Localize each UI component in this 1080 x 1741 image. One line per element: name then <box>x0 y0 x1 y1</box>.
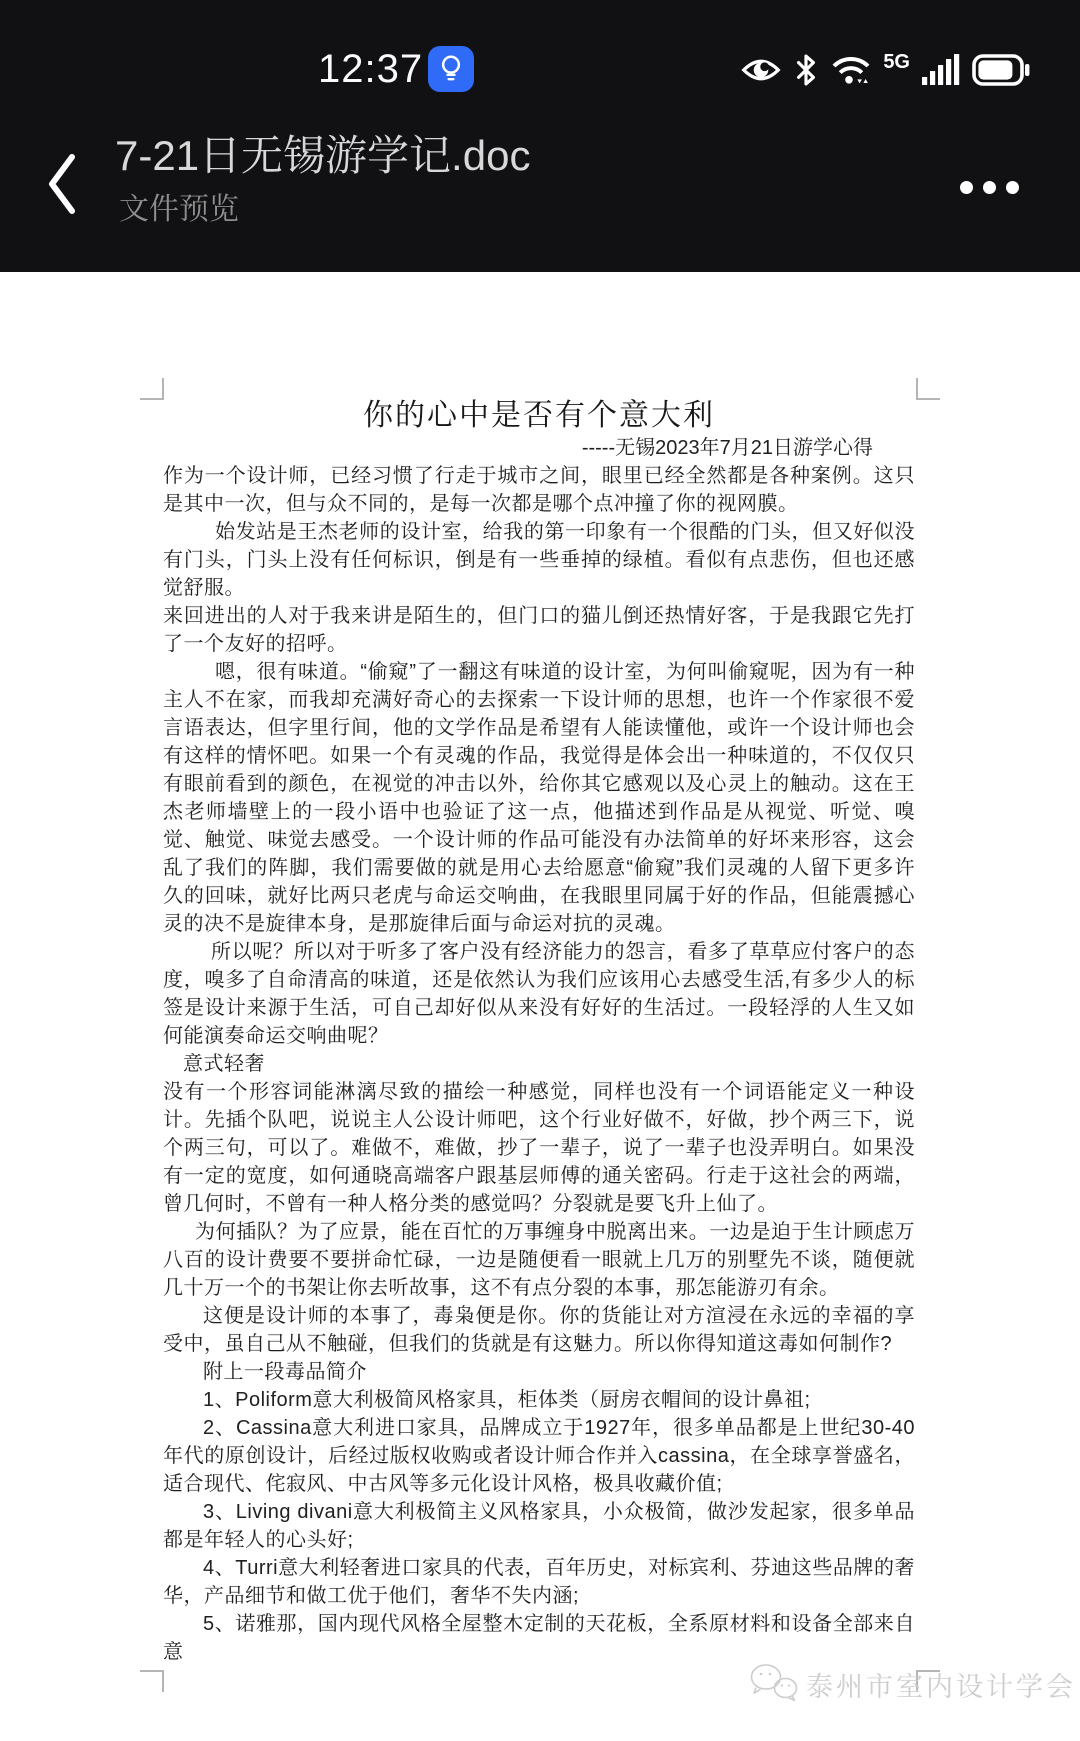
dot-icon <box>1006 181 1019 194</box>
page-corner-mark <box>140 378 164 400</box>
doc-paragraph: 没有一个形容词能淋漓尽致的描绘一种感觉，同样也没有一个词语能定义一种设计。先插个… <box>163 1078 915 1218</box>
wifi-icon <box>831 53 871 87</box>
page-corner-mark <box>916 378 940 400</box>
doc-paragraph: 1、Poliform意大利极简风格家具，柜体类（厨房衣帽间的设计鼻祖; <box>163 1386 915 1414</box>
status-icons: 5G <box>741 48 1030 92</box>
doc-paragraph: 这便是设计师的本事了，毒枭便是你。你的货能让对方渲浸在永远的幸福的享受中，虽自己… <box>163 1302 915 1358</box>
doc-paragraph: 意式轻奢 <box>163 1050 915 1078</box>
status-bar: 12:37 <box>0 44 1080 94</box>
doc-paragraph: 嗯，很有味道。“偷窥”了一翻这有味道的设计室，为何叫偷窥呢，因为有一种主人不在家… <box>163 658 915 938</box>
preview-subtitle: 文件预览 <box>119 188 875 232</box>
back-button[interactable] <box>38 146 84 222</box>
lightbulb-icon <box>428 46 474 92</box>
doc-paragraph: 始发站是王杰老师的设计室，给我的第一印象有一个很酷的门头，但又好似没有门头，门头… <box>163 518 915 602</box>
more-options-button[interactable] <box>960 172 1030 202</box>
file-preview-screen: 12:37 <box>0 0 1080 1741</box>
top-bar: 12:37 <box>0 0 1080 272</box>
document-page[interactable]: 你的心中是否有个意大利 -----无锡2023年7月21日游学心得 作为一个设计… <box>0 272 1080 1741</box>
doc-paragraph: 附上一段毒品简介 <box>163 1358 915 1386</box>
doc-paragraph: 所以呢？所以对于听多了客户没有经济能力的怨言，看多了草草应付客户的态度，嗅多了自… <box>163 938 915 1050</box>
doc-paragraph: 2、Cassina意大利进口家具，品牌成立于1927年，很多单品都是上世纪30-… <box>163 1414 915 1498</box>
network-type-label: 5G <box>883 51 910 74</box>
clock: 12:37 <box>318 47 423 92</box>
doc-paragraph: 为何插队？为了应景，能在百忙的万事缠身中脱离出来。一边是迫于生计顾虑万八百的设计… <box>163 1218 915 1302</box>
document-byline: -----无锡2023年7月21日游学心得 <box>163 434 915 462</box>
watermark-text: 泰州市室内设计学会 <box>806 1665 1076 1704</box>
doc-paragraph: 来回进出的人对于我来讲是陌生的，但门口的猫儿倒还热情好客，于是我跟它先打了一个友… <box>163 602 915 658</box>
doc-paragraph: 4、Turri意大利轻奢进口家具的代表，百年历史，对标宾利、芬迪这些品牌的奢华，… <box>163 1554 915 1610</box>
chevron-left-icon <box>44 151 78 217</box>
bluetooth-icon <box>793 53 819 87</box>
wechat-bubbles-icon <box>748 1662 800 1706</box>
signal-bars-icon <box>922 53 960 87</box>
eye-protection-icon <box>741 55 781 85</box>
doc-paragraph: 5、诺雅那，国内现代风格全屋整木定制的天花板，全系原材料和设备全部来自意 <box>163 1610 915 1666</box>
doc-paragraph: 作为一个设计师，已经习惯了行走于城市之间，眼里已经全然都是各种案例。这只是其中一… <box>163 462 915 518</box>
preview-header: 7-21日无锡游学记.doc 文件预览 <box>0 124 1080 254</box>
document-body: 你的心中是否有个意大利 -----无锡2023年7月21日游学心得 作为一个设计… <box>163 272 915 1666</box>
header-titles: 7-21日无锡游学记.doc 文件预览 <box>115 124 875 232</box>
page-corner-mark <box>140 1670 164 1692</box>
document-title: 你的心中是否有个意大利 <box>163 398 915 434</box>
dot-icon <box>983 181 996 194</box>
file-name-title: 7-21日无锡游学记.doc <box>115 124 875 188</box>
association-watermark: 泰州市室内设计学会 <box>748 1662 1076 1706</box>
dot-icon <box>960 181 973 194</box>
doc-paragraph: 3、Living divani意大利极简主义风格家具，小众极简，做沙发起家，很多… <box>163 1498 915 1554</box>
battery-icon <box>972 54 1030 86</box>
